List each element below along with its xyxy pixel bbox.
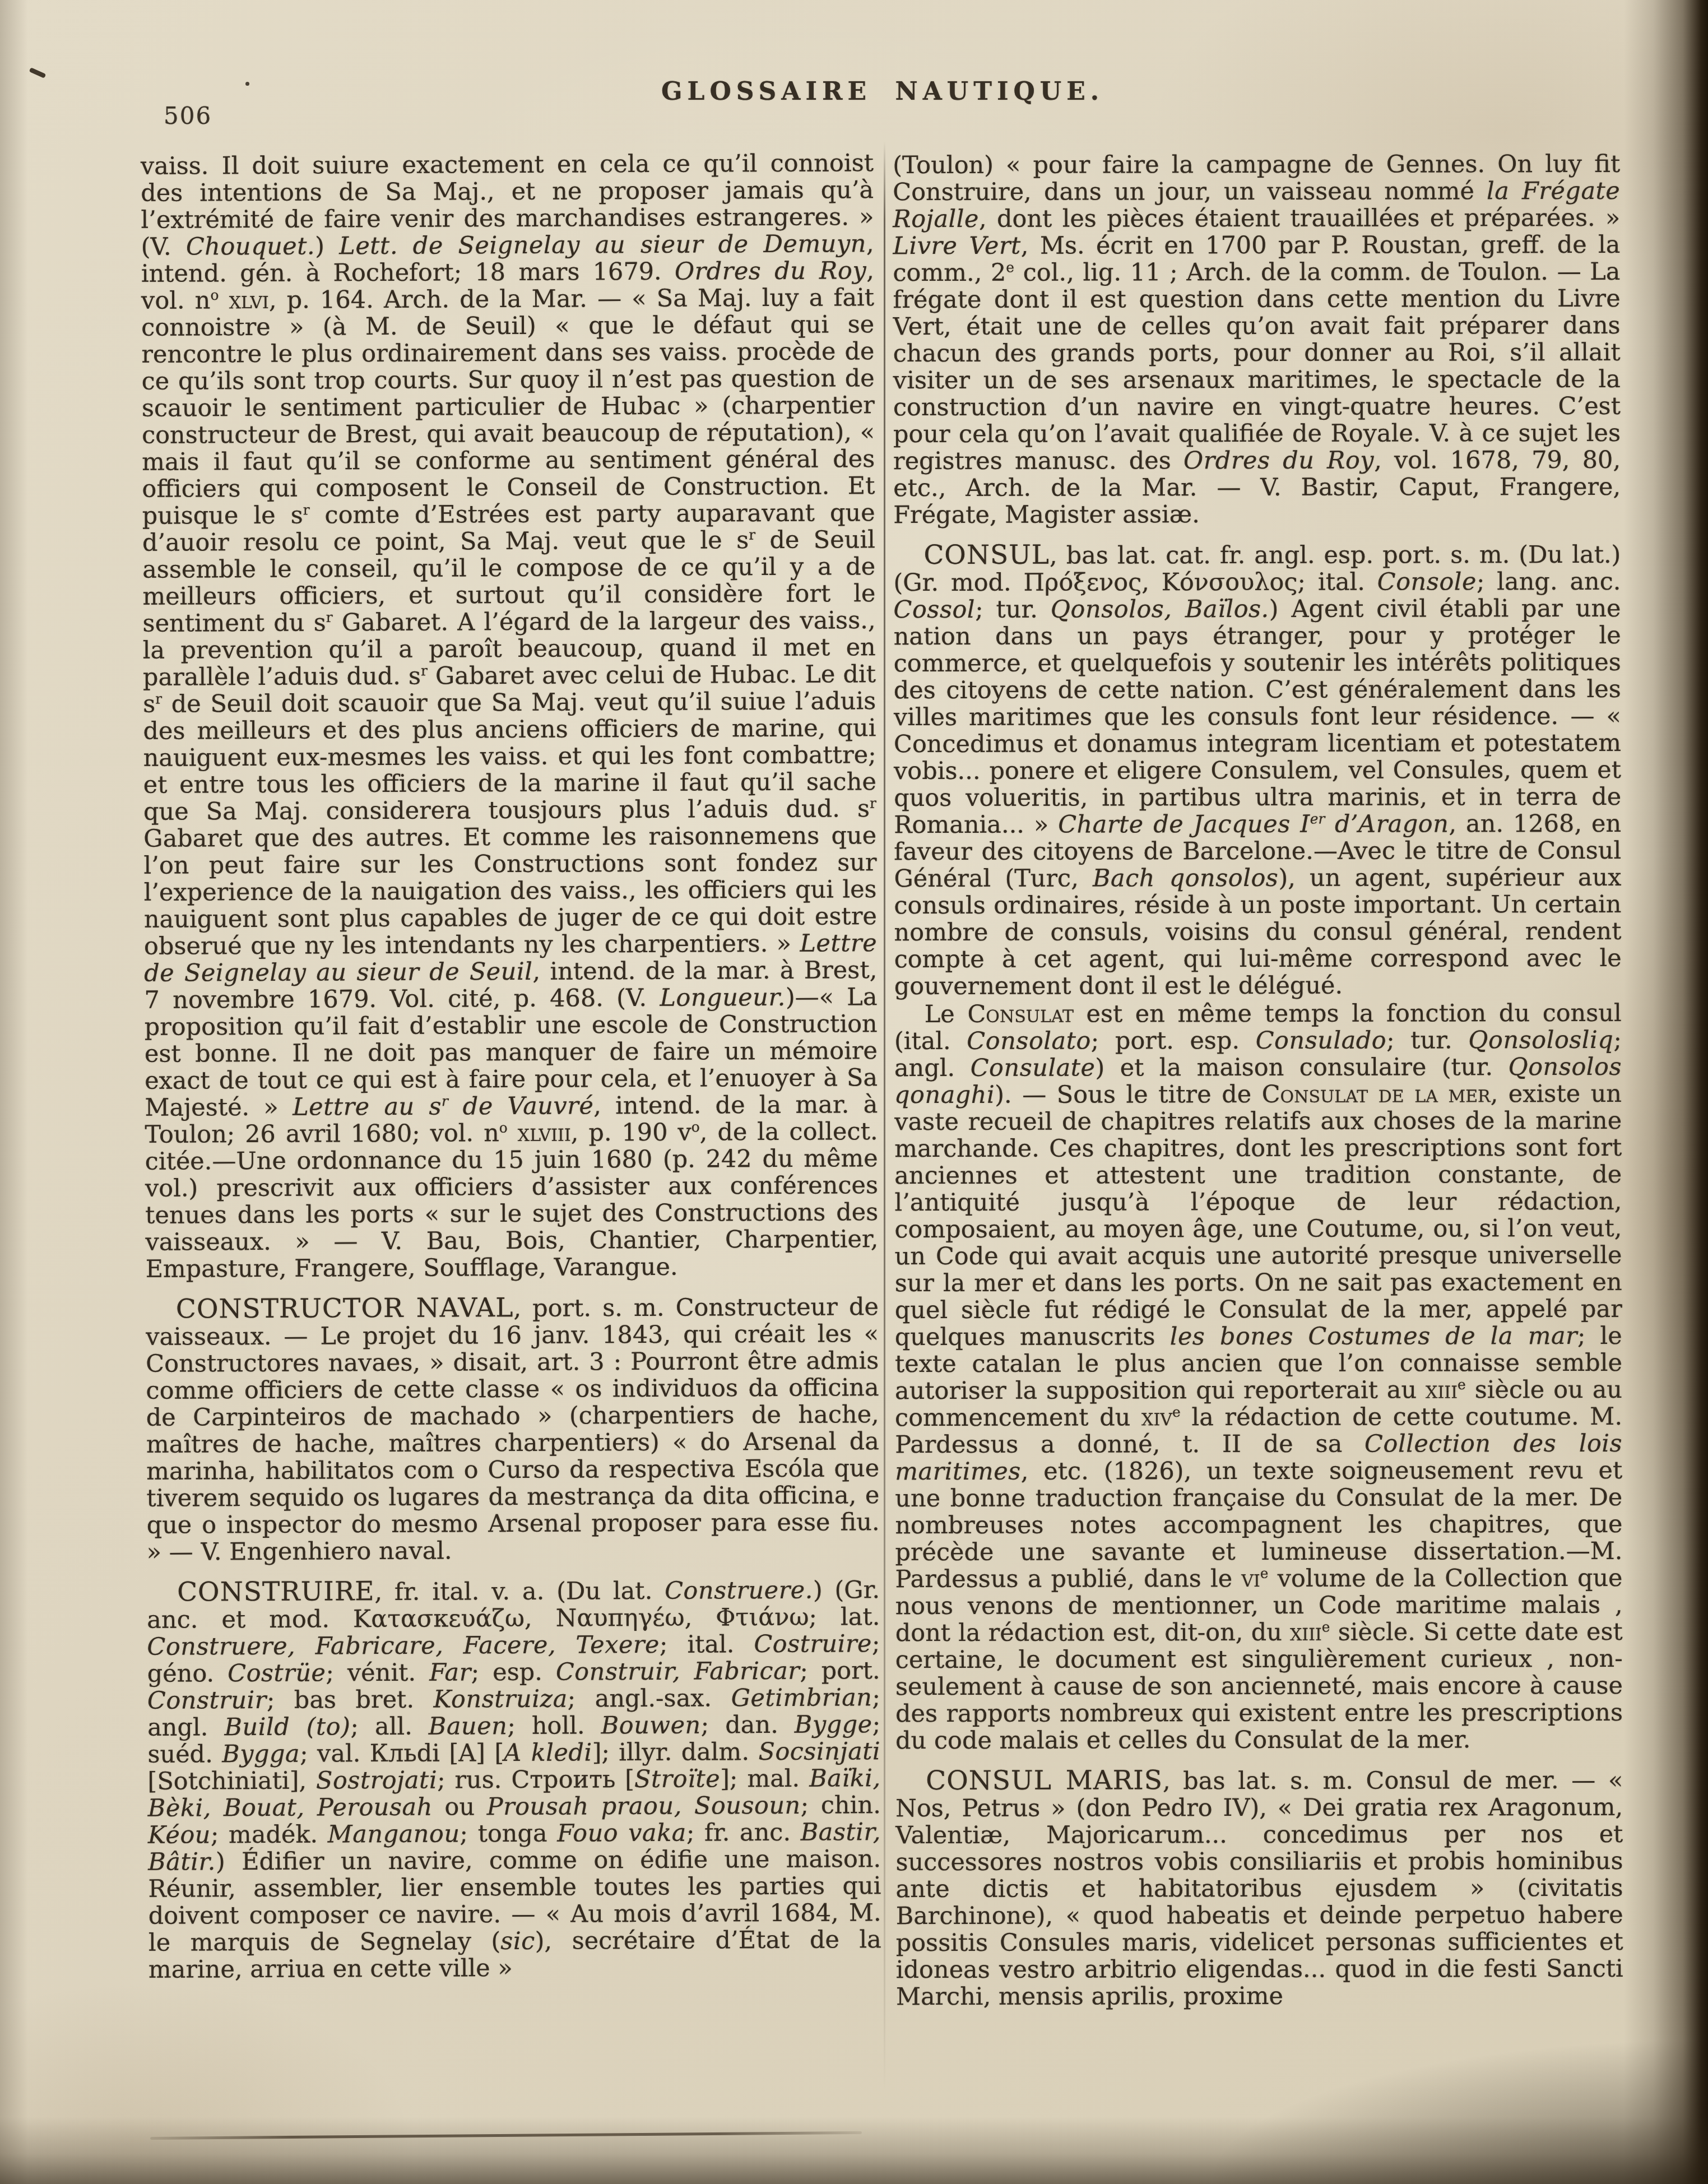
paragraph-continuation: vaiss. Il doit suiure exactement en cela… xyxy=(141,150,879,1283)
book-gutter-shadow xyxy=(1624,0,1708,2184)
column-divider xyxy=(884,141,885,2092)
left-column: vaiss. Il doit suiure exactement en cela… xyxy=(141,150,881,1983)
page-header: GLOSSAIRE NAUTIQUE. xyxy=(143,77,1622,106)
entry-constructor-naval: CONSTRUCTOR NAVAL, port. s. m. Construct… xyxy=(146,1293,880,1566)
right-column: (Toulon) « pour faire la campagne de Gen… xyxy=(893,151,1623,2010)
ink-speck xyxy=(245,82,249,86)
paragraph-consulat: Le Consulat est en même temps la fonctio… xyxy=(894,1000,1623,1754)
entry-construire: CONSTRUIRE, fr. ital. v. a. (Du lat. Con… xyxy=(147,1576,881,1983)
paragraph-continuation: (Toulon) « pour faire la campagne de Gen… xyxy=(893,151,1621,528)
page-left-edge-shadow xyxy=(0,0,28,2184)
scanned-book-page: { "page": { "number": "506", "header": "… xyxy=(0,0,1708,2184)
page-title: GLOSSAIRE NAUTIQUE. xyxy=(661,77,1104,106)
page-number: 506 xyxy=(164,102,212,129)
page-corner-shadow xyxy=(1204,2038,1708,2184)
entry-consul-maris: CONSUL MARIS, bas lat. s. m. Consul de m… xyxy=(895,1766,1623,2010)
ink-mark xyxy=(29,67,47,78)
entry-consul: CONSUL, bas lat. cat. fr. angl. esp. por… xyxy=(893,541,1621,1000)
